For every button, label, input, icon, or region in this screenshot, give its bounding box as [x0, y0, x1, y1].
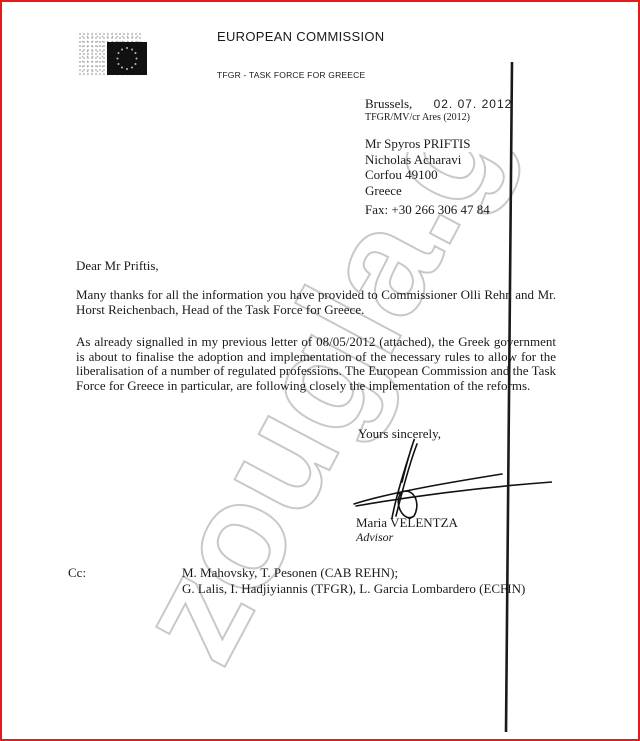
reference-number: TFGR/MV/cr Ares (2012) — [365, 112, 470, 123]
place-date: Brussels, 02. 07. 2012 — [365, 96, 512, 112]
cc-line: G. Lalis, I. Hadjiyiannis (TFGR), L. Gar… — [182, 581, 525, 597]
fax-number: Fax: +30 266 306 47 84 — [365, 202, 490, 218]
cc-line: M. Mahovsky, T. Pesonen (CAB REHN); — [182, 565, 525, 581]
cc-label: Cc: — [68, 565, 86, 581]
salutation: Dear Mr Priftis, — [76, 258, 159, 274]
organization-name: EUROPEAN COMMISSION — [217, 29, 385, 44]
signer-name: Maria VELENTZA — [356, 515, 458, 531]
body-paragraph: As already signalled in my previous lett… — [76, 335, 556, 393]
recipient-line: Nicholas Acharavi — [365, 152, 470, 168]
svg-text:zougla.gr: zougla.gr — [102, 152, 562, 687]
department-name: TFGR - TASK FORCE FOR GREECE — [217, 70, 365, 80]
date-stamp: 02. 07. 2012 — [434, 97, 513, 111]
document-frame: zougla.gr EUROPEAN COMMISSION TFGR - TAS… — [0, 0, 640, 741]
recipient-line: Mr Spyros PRIFTIS — [365, 136, 470, 152]
recipient-line: Greece — [365, 183, 470, 199]
scan-fold-line — [482, 62, 542, 741]
cc-list: M. Mahovsky, T. Pesonen (CAB REHN); G. L… — [182, 565, 525, 596]
signature — [352, 432, 552, 522]
recipient-line: Corfou 49100 — [365, 167, 470, 183]
place: Brussels, — [365, 96, 412, 111]
eu-flag-icon — [78, 32, 142, 76]
recipient-address: Mr Spyros PRIFTIS Nicholas Acharavi Corf… — [365, 136, 470, 198]
signer-title: Advisor — [356, 530, 393, 545]
body-paragraph: Many thanks for all the information you … — [76, 288, 556, 317]
